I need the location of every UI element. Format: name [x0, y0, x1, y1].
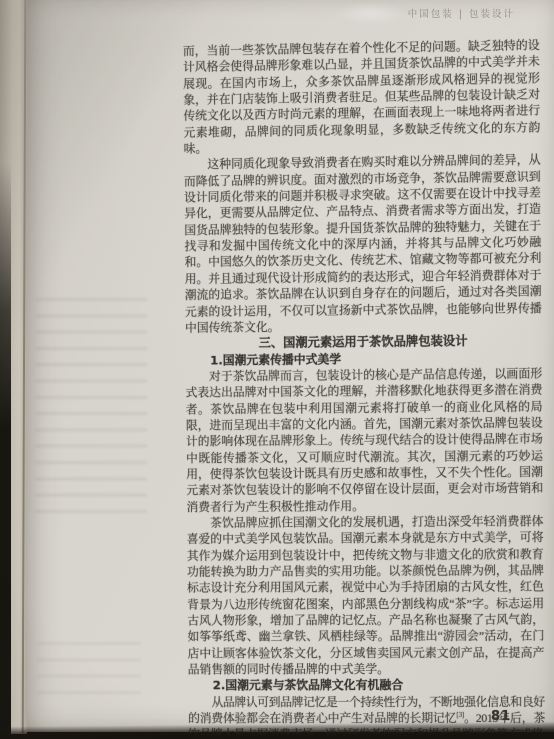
paragraph-homogenization: 这种同质化现象导致消费者在购买时难以分辨品牌间的差异，从而降低了品牌的辨识度。面…: [184, 152, 542, 336]
photo-of-book-page: 中国包装 | 包装设计 而，当前一些茶饮品牌包装存在着个性化不足的问题。缺乏独特…: [0, 0, 554, 739]
paragraph-chinese-aesthetics: 对于茶饮品牌而言，包装设计的核心是产品信息传递，以画面形式表达出品牌对中国茶文化…: [185, 365, 543, 515]
showthrough-text-upper: [35, 298, 147, 520]
photo-background-left: [0, 0, 11, 739]
subsection-heading-2: 2.国潮元素与茶饮品牌文化有机融合: [188, 677, 545, 694]
showthrough-text-lower: [37, 642, 141, 694]
paragraph-continued-from-previous-page: 而，当前一些茶饮品牌包装存在着个性化不足的问题。缺乏独特的设计风格会使得品牌形象…: [183, 37, 541, 157]
running-header: 中国包装 | 包装设计: [408, 6, 515, 20]
paragraph-chayanyuese-example: 茶饮品牌应抓住国潮文化的发展机遇，打造出深受年轻消费群体喜爱的中式美学风包装饮品…: [187, 513, 545, 678]
page-sheet: 中国包装 | 包装设计 而，当前一些茶饮品牌包装存在着个性化不足的问题。缺乏独特…: [27, 0, 554, 732]
body-text-column: 而，当前一些茶饮品牌包装存在着个性化不足的问题。缺乏独特的设计风格会使得品牌形象…: [183, 37, 545, 739]
